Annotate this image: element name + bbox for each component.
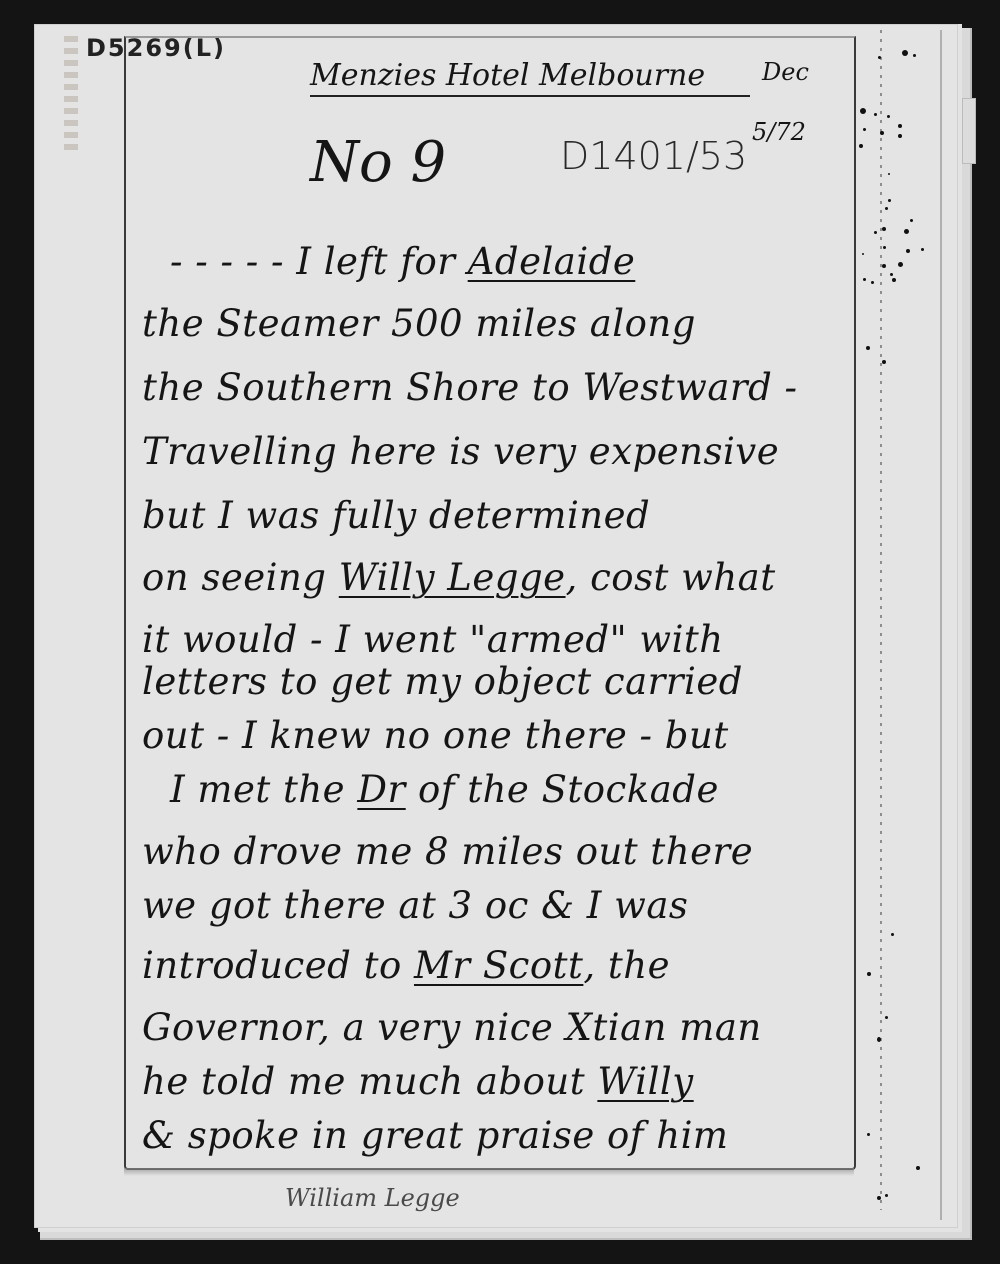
speckle [913,54,916,57]
letter-date: 5/72 [752,118,806,146]
pencil-signature-note: William Legge [285,1184,460,1212]
speckle [910,219,913,222]
speckle [877,1037,881,1042]
body-line: out - I knew no one there - but [142,714,729,757]
body-line: introduced to Mr Scott, the [142,944,670,987]
body-line: & spoke in great praise of him [142,1114,729,1157]
speckle [874,231,877,234]
speckle [888,199,891,202]
catalogue-reference: D1401/53 [560,134,747,178]
page-edge-line [940,30,942,1220]
speckle [892,278,896,282]
page-tab [962,98,976,164]
speckle [878,56,881,59]
margin-rule [880,30,882,1210]
body-line: Governor, a very nice Xtian man [142,1006,762,1049]
speckle [885,1016,888,1019]
body-line: the Southern Shore to Westward - [142,366,798,409]
speckle [888,173,890,175]
speckle [867,972,871,976]
body-line: Travelling here is very expensive [142,430,779,473]
speckle [862,253,864,255]
body-line: who drove me 8 miles out there [142,830,753,873]
speckle [885,207,888,210]
letter-month: Dec [762,58,809,86]
body-line: we got there at 3 oc & I was [142,884,688,927]
speckle [860,108,866,114]
speckle [882,264,886,268]
speckle [887,115,890,118]
speckle [902,50,908,56]
speckle [890,273,893,276]
body-line: he told me much about Willy [142,1060,694,1103]
body-line: I met the Dr of the Stockade [170,768,719,811]
speckle [882,227,886,231]
speckle [877,1196,881,1200]
speckle [866,346,870,350]
speckle [867,1133,870,1136]
copy-edge-smudge [124,1168,854,1176]
speckle [863,128,866,131]
speckle [891,933,894,936]
speckle [885,1194,888,1197]
speckle [871,281,874,284]
speckle [898,134,902,138]
speckle [883,246,886,249]
letter-place: Menzies Hotel Melbourne [310,58,750,97]
body-line: - - - - - I left for Adelaide [170,240,635,283]
speckle [859,144,863,148]
letter-photocopy-frame [124,36,856,1170]
speckle [916,1166,920,1170]
body-line: it would - I went "armed" with [142,618,724,661]
speckle [898,124,902,128]
speckle [863,278,866,281]
letter-number: No 9 [310,130,446,195]
speckle [882,360,886,364]
speckle [880,131,884,135]
speckle [906,249,910,253]
binding-marks [64,36,78,156]
speckle [921,248,924,251]
body-line: but I was fully determined [142,494,650,537]
body-line: on seeing Willy Legge, cost what [142,556,776,599]
speckle [874,113,877,116]
speckle [904,229,909,234]
body-line: letters to get my object carried [142,660,743,703]
body-line: the Steamer 500 miles along [142,302,696,345]
speckle [898,262,903,267]
